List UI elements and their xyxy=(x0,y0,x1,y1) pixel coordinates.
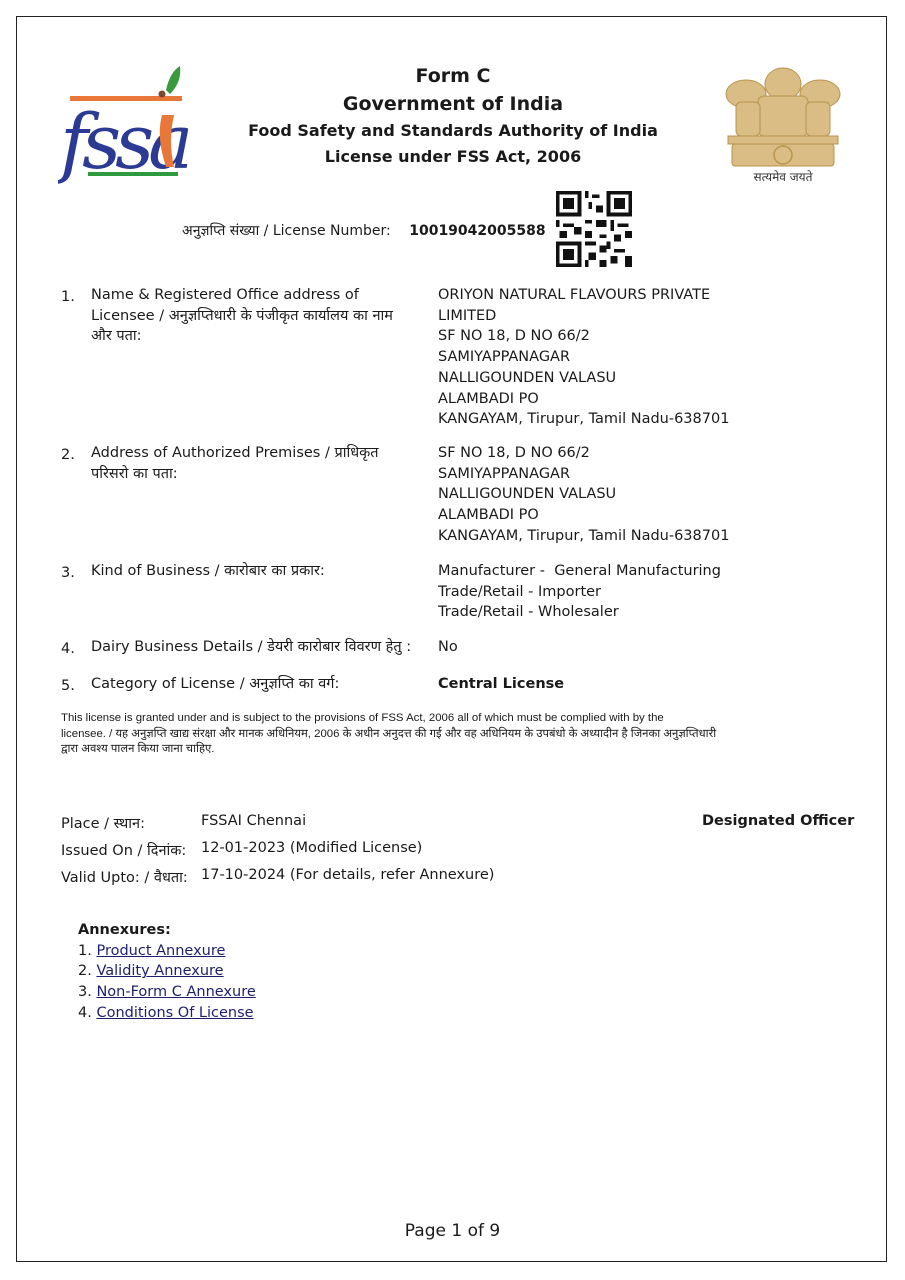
annexure-number: 1. xyxy=(78,943,92,959)
value-line: Trade/Retail - Importer xyxy=(438,582,721,603)
value-line: No xyxy=(438,637,458,658)
annexures: Annexures: 1. Product Annexure 2. Validi… xyxy=(78,920,256,1024)
annexure-item: 3. Non-Form C Annexure xyxy=(78,982,256,1003)
license-category: Central License xyxy=(438,674,564,695)
annexure-item: 4. Conditions Of License xyxy=(78,1003,256,1024)
value-line: KANGAYAM, Tirupur, Tamil Nadu-638701 xyxy=(438,409,729,430)
disclaimer-line: This license is granted under and is sub… xyxy=(61,711,771,727)
label-line: Licensee / अनुज्ञप्तिधारी के पंजीकृत कार… xyxy=(91,306,411,327)
disclaimer-line: licensee. / यह अनुज्ञप्ति खाद्य संरक्षा … xyxy=(61,727,771,743)
label-line: Dairy Business Details / डेयरी कारोबार व… xyxy=(91,637,451,658)
field-label: Address of Authorized Premises / प्राधिक… xyxy=(91,443,411,484)
value-line: ORIYON NATURAL FLAVOURS PRIVATE xyxy=(438,285,729,306)
annexure-number: 2. xyxy=(78,963,92,979)
value-line: SAMIYAPPANAGAR xyxy=(438,464,729,485)
license-number-label: अनुज्ञप्ति संख्या / License Number: xyxy=(182,223,391,239)
value-line: SF NO 18, D NO 66/2 xyxy=(438,443,729,464)
annexure-item: 1. Product Annexure xyxy=(78,941,256,962)
label-line: Kind of Business / कारोबार का प्रकार: xyxy=(91,561,411,582)
license-number-row: अनुज्ञप्ति संख्या / License Number: 1001… xyxy=(182,221,546,240)
licensee-name-address: ORIYON NATURAL FLAVOURS PRIVATE LIMITED … xyxy=(438,285,729,430)
non-form-c-annexure-link[interactable]: Non-Form C Annexure xyxy=(96,984,255,1000)
valid-label: Valid Upto: / वैधता: xyxy=(61,867,188,887)
item-number: 2. xyxy=(61,445,75,466)
value-line: ALAMBADI PO xyxy=(438,389,729,410)
premises-address: SF NO 18, D NO 66/2 SAMIYAPPANAGAR NALLI… xyxy=(438,443,729,547)
label-line: Category of License / अनुज्ञप्ति का वर्ग… xyxy=(91,674,411,695)
document-title: Form C Government of India Food Safety a… xyxy=(200,62,706,170)
validity-annexure-link[interactable]: Validity Annexure xyxy=(96,963,223,979)
annexure-number: 3. xyxy=(78,984,92,1000)
annexures-title: Annexures: xyxy=(78,920,256,941)
form-title: Form C xyxy=(200,62,706,90)
issued-value: 12-01-2023 (Modified License) xyxy=(201,840,422,856)
fssai-logo: fssa xyxy=(58,60,188,185)
kind-of-business: Manufacturer - General Manufacturing Tra… xyxy=(438,561,721,623)
field-label: Kind of Business / कारोबार का प्रकार: xyxy=(91,561,411,582)
disclaimer-line: द्वारा अवश्य पालन किया जाना चाहिए. xyxy=(61,742,771,758)
value-line: NALLIGOUNDEN VALASU xyxy=(438,368,729,389)
value-line: NALLIGOUNDEN VALASU xyxy=(438,484,729,505)
label-line: परिसरो का पता: xyxy=(91,464,411,485)
value-line: Trade/Retail - Wholesaler xyxy=(438,602,721,623)
government-title: Government of India xyxy=(200,90,706,118)
conditions-of-license-link[interactable]: Conditions Of License xyxy=(96,1005,253,1021)
field-label: Name & Registered Office address of Lice… xyxy=(91,285,411,347)
ashoka-emblem-icon xyxy=(718,58,848,170)
qr-code-icon xyxy=(556,191,632,267)
label-line: Name & Registered Office address of xyxy=(91,285,411,306)
authority-title: Food Safety and Standards Authority of I… xyxy=(200,118,706,144)
item-number: 5. xyxy=(61,676,75,697)
license-disclaimer: This license is granted under and is sub… xyxy=(61,711,771,758)
place-label: Place / स्थान: xyxy=(61,813,145,833)
license-number: 10019042005588 xyxy=(409,223,545,239)
value-line: Central License xyxy=(438,674,564,695)
dairy-business: No xyxy=(438,637,458,658)
item-number: 4. xyxy=(61,639,75,660)
annexure-item: 2. Validity Annexure xyxy=(78,961,256,982)
item-number: 3. xyxy=(61,563,75,584)
field-label: Category of License / अनुज्ञप्ति का वर्ग… xyxy=(91,674,411,695)
field-label: Dairy Business Details / डेयरी कारोबार व… xyxy=(91,637,451,658)
label-line: और पता: xyxy=(91,326,411,347)
act-title: License under FSS Act, 2006 xyxy=(200,144,706,170)
item-number: 1. xyxy=(61,287,75,308)
product-annexure-link[interactable]: Product Annexure xyxy=(96,943,225,959)
emblem-motto: सत्यमेव जयते xyxy=(718,168,848,185)
issued-label: Issued On / दिनांक: xyxy=(61,840,186,860)
value-line: ALAMBADI PO xyxy=(438,505,729,526)
value-line: SF NO 18, D NO 66/2 xyxy=(438,326,729,347)
national-emblem: सत्यमेव जयते xyxy=(718,58,848,188)
place-value: FSSAI Chennai xyxy=(201,813,306,829)
valid-value: 17-10-2024 (For details, refer Annexure) xyxy=(201,867,494,883)
annexure-number: 4. xyxy=(78,1005,92,1021)
label-line: Address of Authorized Premises / प्राधिक… xyxy=(91,443,411,464)
value-line: LIMITED xyxy=(438,306,729,327)
value-line: KANGAYAM, Tirupur, Tamil Nadu-638701 xyxy=(438,526,729,547)
designated-officer: Designated Officer xyxy=(702,813,854,829)
value-line: SAMIYAPPANAGAR xyxy=(438,347,729,368)
value-line: Manufacturer - General Manufacturing xyxy=(438,561,721,582)
page-number: Page 1 of 9 xyxy=(0,1221,905,1241)
